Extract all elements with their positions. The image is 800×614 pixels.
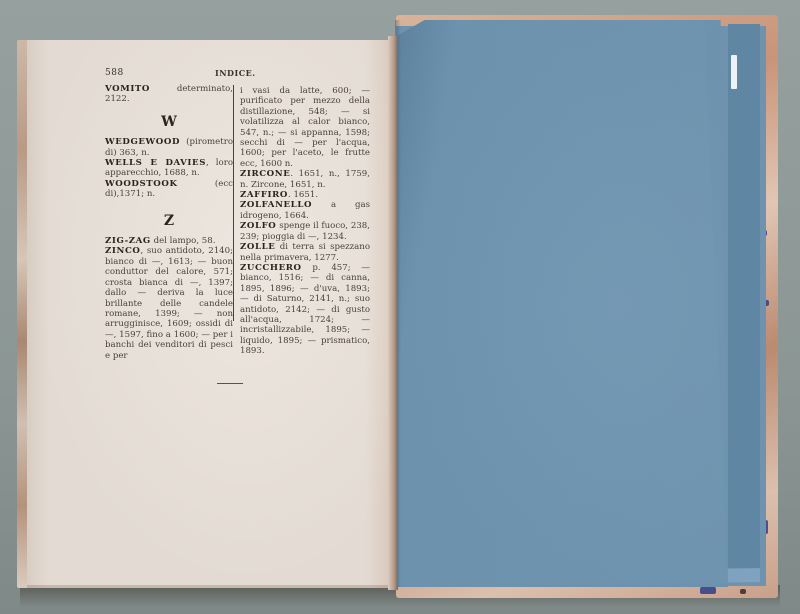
page-number: 588 bbox=[105, 68, 124, 78]
index-entry: WEDGEWOOD (pirometro di) 363, n. bbox=[105, 137, 233, 158]
index-entry: ZOLFANELLO a gas idrogeno, 1664. bbox=[240, 200, 370, 221]
index-column-left: VOMITO determinato, 2122. W WEDGEWOOD (p… bbox=[105, 84, 233, 361]
white-paper-tab bbox=[731, 55, 737, 89]
index-entry: WELLS E DAVIES, loro apparecchio, 1688, … bbox=[105, 158, 233, 179]
letter-heading-w: W bbox=[105, 117, 233, 127]
index-entry: i vasi da latte, 600; — purificato per m… bbox=[240, 86, 370, 169]
book-gutter bbox=[388, 36, 398, 590]
index-entry: VOMITO determinato, 2122. bbox=[105, 84, 233, 105]
index-entry: ZIRCONE. 1651, n., 1759, n. Zircone, 165… bbox=[240, 169, 370, 190]
running-title: INDICE. bbox=[215, 68, 255, 78]
index-column-right: i vasi da latte, 600; — purificato per m… bbox=[240, 86, 370, 357]
index-entry: WOODSTOOK (ecc di),1371; n. bbox=[105, 179, 233, 200]
index-entry: ZOLLE di terra si spezzano nella primave… bbox=[240, 242, 370, 263]
endleaf-edge-strip bbox=[728, 24, 760, 579]
column-divider bbox=[233, 85, 234, 321]
end-of-index-rule bbox=[217, 383, 243, 384]
letter-heading-z: Z bbox=[105, 216, 233, 226]
index-entry: ZIG-ZAG del lampo, 58. bbox=[105, 236, 233, 246]
index-entry: ZINCO, suo antidoto, 2140; bianco di —, … bbox=[105, 246, 233, 360]
index-entry: ZAFFIRO. 1651. bbox=[240, 190, 370, 200]
index-page: 588 INDICE. VOMITO determinato, 2122. W … bbox=[27, 40, 395, 588]
index-entry: ZOLFO spenge il fuoco, 238, 239; pioggia… bbox=[240, 221, 370, 242]
endleaf-fold bbox=[428, 20, 728, 583]
index-entry: ZUCCHERO p. 457; — bianco, 1516; — di ca… bbox=[240, 263, 370, 357]
